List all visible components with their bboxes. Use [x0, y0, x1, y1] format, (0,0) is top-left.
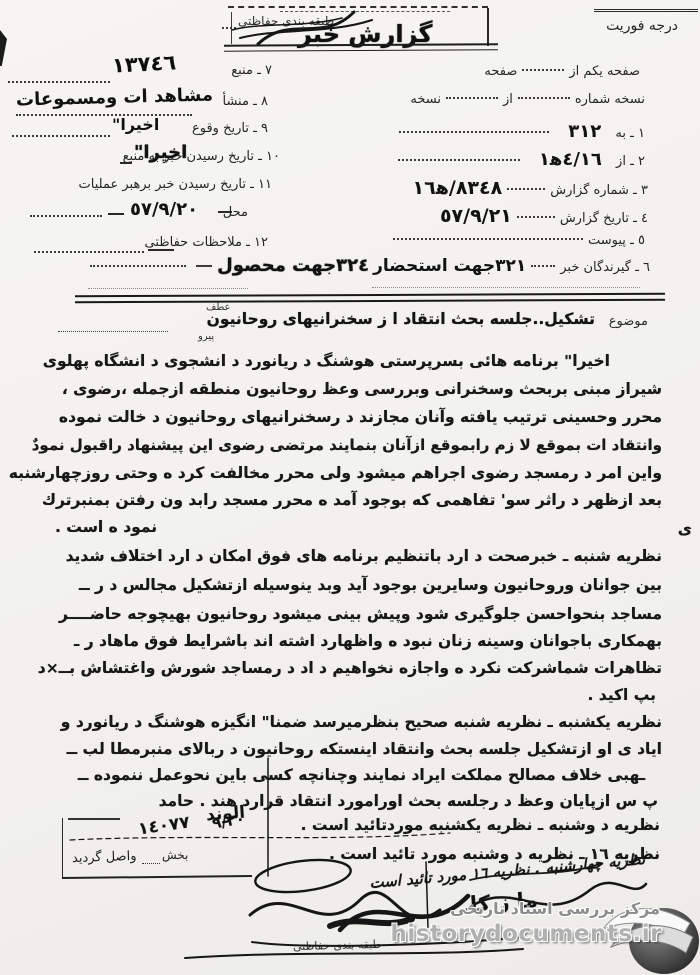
- field-8-value: مشاهد ات ومسموعات: [16, 84, 214, 110]
- field-4-label: ٤ ـ تاریخ گزارش: [560, 211, 648, 226]
- urgency-label: درجه فوریت: [606, 18, 678, 34]
- header-rule-right: [594, 9, 698, 12]
- field-5-attachment: ٥ ـ پیوست: [388, 233, 645, 248]
- section-double-rule: [75, 293, 665, 304]
- header-rule-left2: [280, 11, 450, 12]
- field-9-value: اخیرا": [112, 115, 159, 134]
- classification-leader-dots: [222, 26, 236, 29]
- field-12-dots: [34, 250, 144, 253]
- evaluator-signature: الوند: [205, 803, 245, 826]
- field-5-label: ٥ ـ پیوست: [588, 233, 645, 248]
- page-of-dots: [522, 68, 564, 71]
- field-9-event-date: ٩ ـ تاریخ وقوع: [192, 121, 268, 136]
- field-4-report-date: ٤ ـ تاریخ گزارش٥٧/٩/٢١: [440, 205, 648, 227]
- stamp-dots: [142, 862, 160, 864]
- title-underline: [224, 43, 498, 51]
- field-4-value: ٥٧/٩/٢١: [440, 205, 512, 227]
- page-of-suffix: صفحه: [484, 64, 517, 79]
- field-location-value: ٥٧/٩/٢٠: [130, 199, 198, 220]
- reference-peyrow-label: پیرو: [198, 331, 214, 342]
- body-line-18: نظریه د وشنبه ـ نظریه یکشنبه موردتائید ا…: [301, 816, 660, 834]
- field-3-value: ١٦ه‍/٨٣٤٨: [413, 177, 503, 199]
- body-stray-letter: ی: [678, 520, 692, 538]
- field-11-received-by-ops: ١١ ـ تاریخ رسیدن خبر برهبر عملیات: [79, 177, 272, 192]
- copy-of-label: از: [503, 92, 513, 107]
- stamp-dept-label: بخش: [162, 848, 188, 862]
- copy-suffix: نسخه: [410, 92, 441, 107]
- field-1-to: ١ ـ به ٣١٢: [394, 121, 645, 142]
- body-line-8: نظریه شنبه ـ خبرصحت د ارد باتنظیم برنامه…: [66, 547, 662, 565]
- body-line-13: بپ اکید .: [587, 686, 656, 704]
- watermark-text-url: historydocuments.ir: [391, 921, 662, 947]
- field-5-dots: [393, 237, 583, 240]
- field-location-dots: [30, 214, 102, 217]
- page-of-label: صفحه یکم از: [569, 64, 640, 79]
- footer-classification-label: طبقه بندی حفاظتی: [293, 938, 382, 953]
- field-page-of: صفحه یکم ازصفحه: [484, 64, 640, 79]
- field-1-value: ٣١٢: [568, 121, 601, 142]
- watermark-text-fa: مرکز بررسی اسناد تاریخی: [450, 899, 660, 918]
- signature-stroke-1: [250, 892, 440, 917]
- body-line-6: بعد ازظهر د راثر سو' تفاهمی که بوجود آمد…: [42, 491, 662, 509]
- field-8-underline-dots: [16, 113, 192, 116]
- title-box-vertical-left: [231, 12, 232, 44]
- field-4-dots: [517, 215, 555, 218]
- faint-dotted-line-left: [88, 287, 248, 289]
- body-line-11: بهمکاری باجوانان وسینه زنان نبود ه واظها…: [74, 632, 662, 650]
- body-line-16: ـهبی خلاف مصالح مملکت ایراد نمایند وچنان…: [78, 766, 645, 784]
- copy-dots-2: [446, 96, 498, 99]
- field-6-dots2: [90, 264, 186, 267]
- body-line-1: اخیرا" برنامه هائی بسرپرستی هوشنگ د ریان…: [43, 352, 610, 370]
- body-line-12: تظاهرات شماشرکت نکرد ه واجازه نخواهیم د …: [38, 659, 662, 677]
- field-location-dash-left: [108, 212, 124, 215]
- field-10-dash: [120, 161, 132, 164]
- field-12-dash: [148, 248, 174, 251]
- copy-dots-1: [518, 96, 570, 99]
- stamp-dashed-line: [70, 833, 450, 840]
- scanned-intelligence-report: درجه فوریت طبقه بندی حفاظتی گزارش خبر ١٣…: [0, 0, 700, 975]
- scan-edge-artifact: [0, 30, 7, 66]
- header-rule-left: [228, 6, 488, 8]
- field-1-label: ١ ـ به: [615, 126, 645, 141]
- reference-atf-label: عطف: [206, 302, 231, 313]
- subject-text: تشکیل..جلسه بحث انتقاد ا ز سخنرانیهای رو…: [207, 310, 595, 328]
- field-9-dots: [12, 134, 110, 137]
- stamp-received-label: واصل گردید: [72, 849, 137, 866]
- field-location-dash-right: [218, 210, 232, 213]
- field-2-label: ٢ ـ از: [616, 154, 645, 169]
- body-line-9: بین جوانان وروحانیون وسایرین بوجود آید و…: [79, 576, 662, 594]
- body-line-3: محرر وحسینی ترتیب یافته وآنان مجازند د ر…: [59, 408, 662, 426]
- field-3-dots: [507, 187, 545, 190]
- faint-dotted-line-right: [372, 286, 640, 288]
- field-6-value-1: ٣٢١جهت استحضار: [373, 256, 526, 276]
- field-8-origin: ٨ ـ منشأ: [222, 94, 268, 109]
- field-6-label: ٦ ـ گیرندگان خبر: [560, 260, 650, 275]
- stamp-box-top-dash: [68, 818, 120, 820]
- field-3-label: ٣ ـ شماره گزارش: [550, 183, 648, 198]
- field-2-from: ٢ ـ از ١ه‍٤/١٦: [393, 149, 645, 170]
- field-6-value-2: ٣٢٤جهت محصول: [217, 255, 369, 276]
- serial-leader-dots: [8, 80, 110, 83]
- field-copy-number: نسخه شمارهازنسخه: [410, 92, 645, 107]
- stamp-box-bottom-border: [62, 875, 252, 879]
- body-line-10: مساجد بنحواحسن جلوگیری شود وپیش بینی میش…: [59, 605, 662, 623]
- title-box-vertical-right: [487, 8, 489, 46]
- body-line-2: شیراز مبنی بربحث وسخنرانی وبررسی وعظ روح…: [62, 380, 662, 398]
- field-6-dash: [196, 264, 212, 267]
- field-6-dots1: [531, 264, 555, 267]
- subject-label: موضوع: [609, 314, 648, 329]
- body-line-5: واین امر د رمسجد رضوی اجراهم میشود ولی م…: [9, 464, 662, 482]
- body-line-4: وانتقاد ات بموقع لا زم رابموقع ازآنان بن…: [32, 436, 662, 454]
- field-10-value: اخیرا": [134, 142, 187, 163]
- field-6-recipients: ٦ ـ گیرندگان خبر٣٢١جهت استحضار٣٢٤جهت محص…: [85, 255, 650, 276]
- field-3-report-number: ٣ ـ شماره گزارش١٦ه‍/٨٣٤٨: [413, 177, 648, 199]
- body-line-7: نمود ه است .: [55, 518, 157, 536]
- serial-number: ١٣٧٤٦: [111, 50, 176, 77]
- body-line-15: ایاد ی او ازتشکیل جلسه بحث وانتقاد اینست…: [67, 740, 662, 758]
- field-1-dots: [399, 130, 549, 133]
- copy-number-label: نسخه شماره: [575, 92, 645, 107]
- field-2-dots: [398, 158, 520, 161]
- subject-trailing-dots: [58, 330, 168, 332]
- field-7-source: ٧ ـ منبع: [231, 63, 272, 78]
- field-2-value: ١ه‍٤/١٦: [539, 149, 602, 170]
- stamp-number: ١٤٠٧٧: [137, 812, 191, 839]
- body-line-14: نظریه یکشنبه ـ نظریه شنبه صحیح بنظرمیرسد…: [61, 713, 662, 731]
- stamp-box-left-border: [62, 818, 63, 878]
